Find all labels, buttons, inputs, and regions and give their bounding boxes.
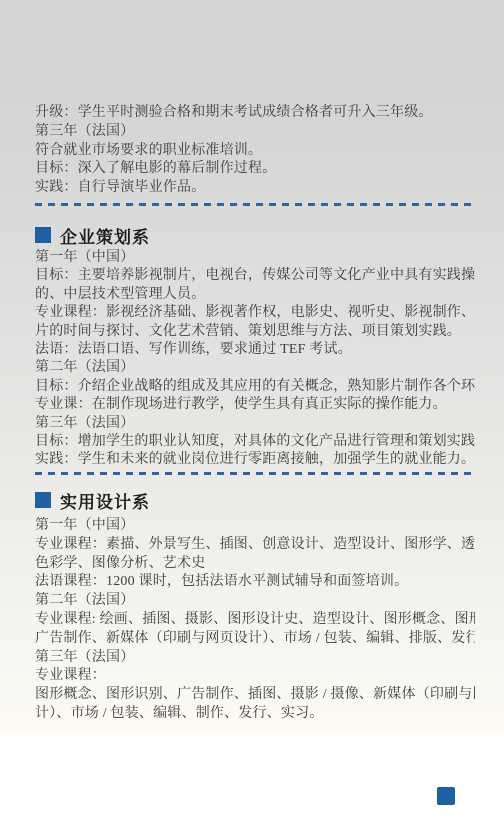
- text-line: 法语课程：1200 课时，包括法语水平测试辅导和面签培训。: [35, 573, 475, 592]
- text-line: 图形概念、图形识别、广告制作、插图、摄影 / 摄像、新媒体（印刷与网页设: [35, 686, 475, 705]
- text-line: 符合就业市场要求的职业标准培训。: [35, 142, 475, 161]
- text-line: 专业课程：: [35, 667, 475, 686]
- section-title: 实用设计系: [60, 488, 150, 513]
- section-bullet-icon: [35, 492, 51, 508]
- text-line: 专业课：在制作现场进行教学，使学生具有真正实际的操作能力。: [35, 396, 475, 414]
- section-header-enterprise-planning: 企业策划系: [35, 226, 150, 244]
- text-line: 专业课程：影视经济基础、影视著作权，电影史、视听史、影视制作、电影唱: [35, 304, 475, 322]
- text-line: 第一年（中国）: [35, 249, 475, 267]
- section-bullet-icon: [35, 227, 51, 243]
- dashed-divider: [35, 203, 473, 206]
- intro-paragraph: 升级：学生平时测验合格和期末考试成绩合格者可升入三年级。第三年（法国）符合就业市…: [35, 104, 475, 198]
- text-line: 色彩学、图像分析、艺术史: [35, 555, 475, 574]
- text-line: 第二年（法国）: [35, 359, 475, 377]
- dashed-divider: [35, 472, 473, 475]
- text-line: 第二年（法国）: [35, 592, 475, 611]
- text-line: 目标：深入了解电影的幕后制作过程。: [35, 160, 475, 179]
- text-line: 广告制作、新媒体（印刷与网页设计）、市场 / 包装、编辑、排版、发行、实习。: [35, 630, 475, 649]
- text-line: 实践：自行导演毕业作品。: [35, 179, 475, 198]
- text-line: 第三年（法国）: [35, 123, 475, 142]
- text-line: 计）、市场 / 包装、编辑、制作、发行、实习。: [35, 705, 475, 724]
- document-page: 升级：学生平时测验合格和期末考试成绩合格者可升入三年级。第三年（法国）符合就业市…: [0, 0, 504, 838]
- text-line: 第一年（中国）: [35, 517, 475, 536]
- end-of-article-icon: [437, 787, 455, 805]
- section-body-applied-design: 第一年（中国）专业课程：素描、外景写生、插图、创意设计、造型设计、图形学、透视学…: [35, 517, 475, 724]
- text-line: 实践：学生和未来的就业岗位进行零距离接触，加强学生的就业能力。: [35, 451, 475, 469]
- text-line: 片的时间与探讨、文化艺术营销、策划思维与方法、项目策划实践。: [35, 323, 475, 341]
- text-line: 第三年（法国）: [35, 649, 475, 668]
- text-line: 目标：增加学生的职业认知度，对具体的文化产品进行管理和策划实践。: [35, 433, 475, 451]
- section-header-applied-design: 实用设计系: [35, 491, 150, 509]
- text-line: 专业课程: 绘画、插图、摄影、图形设计史、造型设计、图形概念、图形识别、: [35, 611, 475, 630]
- text-line: 目标：介绍企业战略的组成及其应用的有关概念，熟知影片制作各个环节。: [35, 378, 475, 396]
- text-line: 法语：法语口语、写作训练，要求通过 TEF 考试。: [35, 341, 475, 359]
- text-line: 目标：主要培养影视制片，电视台，传媒公司等文化产业中具有实践操作能力: [35, 267, 475, 285]
- section-body-enterprise-planning: 第一年（中国）目标：主要培养影视制片，电视台，传媒公司等文化产业中具有实践操作能…: [35, 249, 475, 470]
- text-line: 的、中层技术型管理人员。: [35, 286, 475, 304]
- section-title: 企业策划系: [60, 223, 150, 248]
- text-line: 专业课程：素描、外景写生、插图、创意设计、造型设计、图形学、透视学、: [35, 536, 475, 555]
- text-line: 升级：学生平时测验合格和期末考试成绩合格者可升入三年级。: [35, 104, 475, 123]
- text-line: 第三年（法国）: [35, 415, 475, 433]
